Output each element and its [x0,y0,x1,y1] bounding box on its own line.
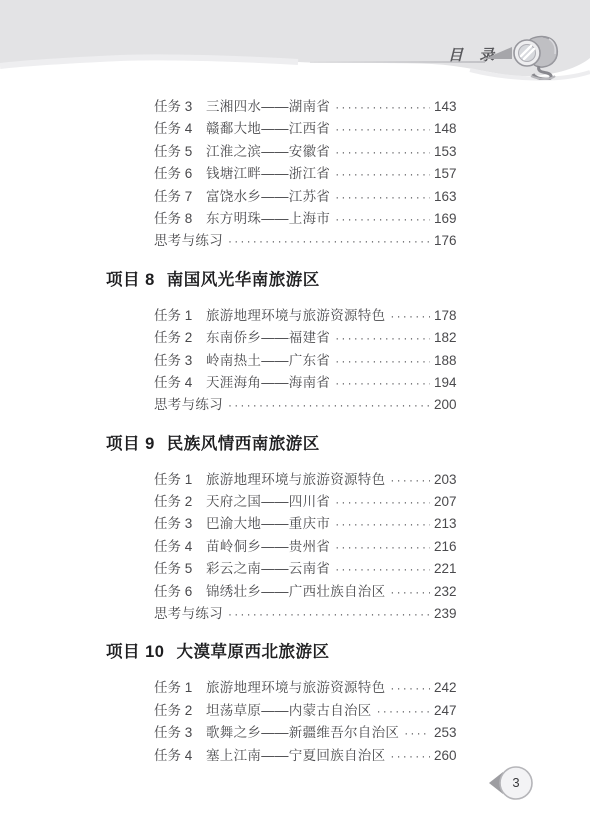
toc-entry-page: 216 [434,536,458,558]
toc-entry-title: 巴渝大地——重庆市 [206,513,330,535]
toc-entry-title: 江淮之滨——安徽省 [206,141,330,163]
toc-entry: 任务 2 天府之国——四川省 207 [154,491,458,513]
toc-entry-page: 178 [434,305,458,327]
dot-leader [377,700,430,722]
toc-entry: 任务 4 苗岭侗乡——贵州省 216 [154,536,458,558]
toc-entry-title: 彩云之南——云南省 [206,558,330,580]
toc-entry: 思考与练习 239 [154,603,458,625]
dot-leader [228,394,430,416]
toc-entry-title: 赣鄱大地——江西省 [206,118,330,140]
toc-entry: 任务 1 旅游地理环境与旅游资源特色 242 [154,677,458,699]
toc-entry-page: 207 [434,491,458,513]
toc-entry-label: 任务 2 [154,327,206,349]
dot-leader [335,558,430,580]
toc-entry-title: 天涯海角——海南省 [206,372,330,394]
toc-entry-page: 247 [434,700,458,722]
toc-entry-title: 思考与练习 [154,603,223,625]
toc-entry-page: 213 [434,513,458,535]
section-heading-title: 大漠草原西北旅游区 [176,641,329,663]
dot-leader [390,469,430,491]
toc-entry-page: 200 [434,394,458,416]
toc-entry-label: 任务 4 [154,372,206,394]
toc-entry-label: 任务 1 [154,677,206,699]
section-heading: 项目 8 南国风光华南旅游区 [106,269,458,291]
toc-entry: 任务 6 钱塘江畔——浙江省 157 [154,163,458,185]
toc-entry-page: 153 [434,141,458,163]
section-heading-label: 项目 10 [106,641,164,663]
toc-entry-page: 169 [434,208,458,230]
toc-section: 任务 3 三湘四水——湖南省 143 任务 4 赣鄱大地——江西省 148 任务… [106,96,458,253]
toc-entry-label: 任务 2 [154,700,206,722]
dot-leader [335,118,430,140]
toc-entry-page: 182 [434,327,458,349]
toc-entry: 任务 3 巴渝大地——重庆市 213 [154,513,458,535]
toc-entry-page: 176 [434,230,458,252]
toc-entry-page: 163 [434,186,458,208]
page-number-badge: 3 [486,765,538,805]
toc-entry: 思考与练习 176 [154,230,458,252]
toc-entry-page: 253 [434,722,458,744]
page-header: 目 录 [0,0,590,96]
toc-entry-title: 钱塘江畔——浙江省 [206,163,330,185]
toc-entry-title: 旅游地理环境与旅游资源特色 [206,305,385,327]
toc-entry-title: 东方明珠——上海市 [206,208,330,230]
toc-entry-label: 任务 1 [154,305,206,327]
toc-entry-label: 任务 6 [154,581,206,603]
camera-icon [509,32,567,80]
toc-entry-title: 天府之国——四川省 [206,491,330,513]
toc-entry-label: 任务 8 [154,208,206,230]
toc-entry-title: 三湘四水——湖南省 [206,96,330,118]
dot-leader [390,581,430,603]
page-number: 3 [500,767,532,799]
toc-entry: 任务 1 旅游地理环境与旅游资源特色 203 [154,469,458,491]
section-heading-title: 南国风光华南旅游区 [167,269,320,291]
toc-entry: 思考与练习 200 [154,394,458,416]
toc-entry-title: 歌舞之乡——新疆维吾尔自治区 [206,722,399,744]
toc-entry-label: 任务 7 [154,186,206,208]
toc-entry: 任务 5 彩云之南——云南省 221 [154,558,458,580]
dot-leader [335,327,430,349]
toc-entry: 任务 7 富饶水乡——江苏省 163 [154,186,458,208]
toc-entry-title: 岭南热土——广东省 [206,350,330,372]
toc-entry-page: 232 [434,581,458,603]
toc-entry: 任务 4 天涯海角——海南省 194 [154,372,458,394]
toc-entry-page: 242 [434,677,458,699]
toc-entry-label: 任务 5 [154,558,206,580]
toc-entry-label: 任务 3 [154,96,206,118]
toc-section: 项目 8 南国风光华南旅游区 任务 1 旅游地理环境与旅游资源特色 178 任务… [106,269,458,417]
toc-section: 项目 9 民族风情西南旅游区 任务 1 旅游地理环境与旅游资源特色 203 任务… [106,433,458,626]
section-heading: 项目 9 民族风情西南旅游区 [106,433,458,455]
section-heading-label: 项目 8 [106,269,155,291]
section-heading-title: 民族风情西南旅游区 [167,433,320,455]
dot-leader [228,603,430,625]
toc-entry-label: 任务 5 [154,141,206,163]
toc-entry-title: 旅游地理环境与旅游资源特色 [206,677,385,699]
section-heading: 项目 10 大漠草原西北旅游区 [106,641,458,663]
dot-leader [335,186,430,208]
toc-entry: 任务 3 歌舞之乡——新疆维吾尔自治区 253 [154,722,458,744]
toc-entry-label: 任务 1 [154,469,206,491]
toc-entry-title: 苗岭侗乡——贵州省 [206,536,330,558]
dot-leader [335,513,430,535]
toc-entry-title: 坦荡草原——内蒙古自治区 [206,700,372,722]
toc-entry-label: 任务 4 [154,118,206,140]
dot-leader [335,491,430,513]
toc-entry-page: 203 [434,469,458,491]
section-heading-label: 项目 9 [106,433,155,455]
toc-entry: 任务 3 岭南热土——广东省 188 [154,350,458,372]
toc-entry: 任务 6 锦绣壮乡——广西壮族自治区 232 [154,581,458,603]
toc-entry-page: 194 [434,372,458,394]
dot-leader [335,163,430,185]
toc-entry-page: 260 [434,745,458,767]
toc-section: 项目 10 大漠草原西北旅游区 任务 1 旅游地理环境与旅游资源特色 242 任… [106,641,458,767]
toc-entry-page: 221 [434,558,458,580]
toc-entry: 任务 4 赣鄱大地——江西省 148 [154,118,458,140]
toc-entry: 任务 5 江淮之滨——安徽省 153 [154,141,458,163]
toc-entry-title: 塞上江南——宁夏回族自治区 [206,745,385,767]
toc-entry-title: 锦绣壮乡——广西壮族自治区 [206,581,385,603]
toc-entry-page: 239 [434,603,458,625]
toc-entry-label: 任务 4 [154,536,206,558]
toc-entry-label: 任务 3 [154,350,206,372]
dot-leader [390,745,430,767]
dot-leader [335,208,430,230]
toc-body: 任务 3 三湘四水——湖南省 143 任务 4 赣鄱大地——江西省 148 任务… [106,96,458,767]
toc-entry-label: 任务 3 [154,722,206,744]
toc-entry-label: 任务 4 [154,745,206,767]
dot-leader [335,141,430,163]
toc-entry-page: 148 [434,118,458,140]
dot-leader [404,722,430,744]
dot-leader [335,350,430,372]
toc-entry-label: 任务 2 [154,491,206,513]
toc-entry-title: 东南侨乡——福建省 [206,327,330,349]
toc-entry: 任务 2 东南侨乡——福建省 182 [154,327,458,349]
dot-leader [228,230,430,252]
toc-entry: 任务 1 旅游地理环境与旅游资源特色 178 [154,305,458,327]
toc-entry-title: 思考与练习 [154,230,223,252]
dot-leader [390,305,430,327]
toc-entry: 任务 3 三湘四水——湖南省 143 [154,96,458,118]
toc-entry-page: 143 [434,96,458,118]
toc-entry-page: 188 [434,350,458,372]
toc-entry-title: 富饶水乡——江苏省 [206,186,330,208]
toc-page: 目 录 任务 3 三湘四水——湖南省 143 [0,0,590,821]
toc-entry-title: 旅游地理环境与旅游资源特色 [206,469,385,491]
dot-leader [390,677,430,699]
toc-entry-page: 157 [434,163,458,185]
dot-leader [335,372,430,394]
toc-entry-label: 任务 6 [154,163,206,185]
dot-leader [335,536,430,558]
toc-entry: 任务 4 塞上江南——宁夏回族自治区 260 [154,745,458,767]
toc-entry: 任务 8 东方明珠——上海市 169 [154,208,458,230]
dot-leader [335,96,430,118]
toc-entry: 任务 2 坦荡草原——内蒙古自治区 247 [154,700,458,722]
toc-entry-label: 任务 3 [154,513,206,535]
toc-entry-title: 思考与练习 [154,394,223,416]
